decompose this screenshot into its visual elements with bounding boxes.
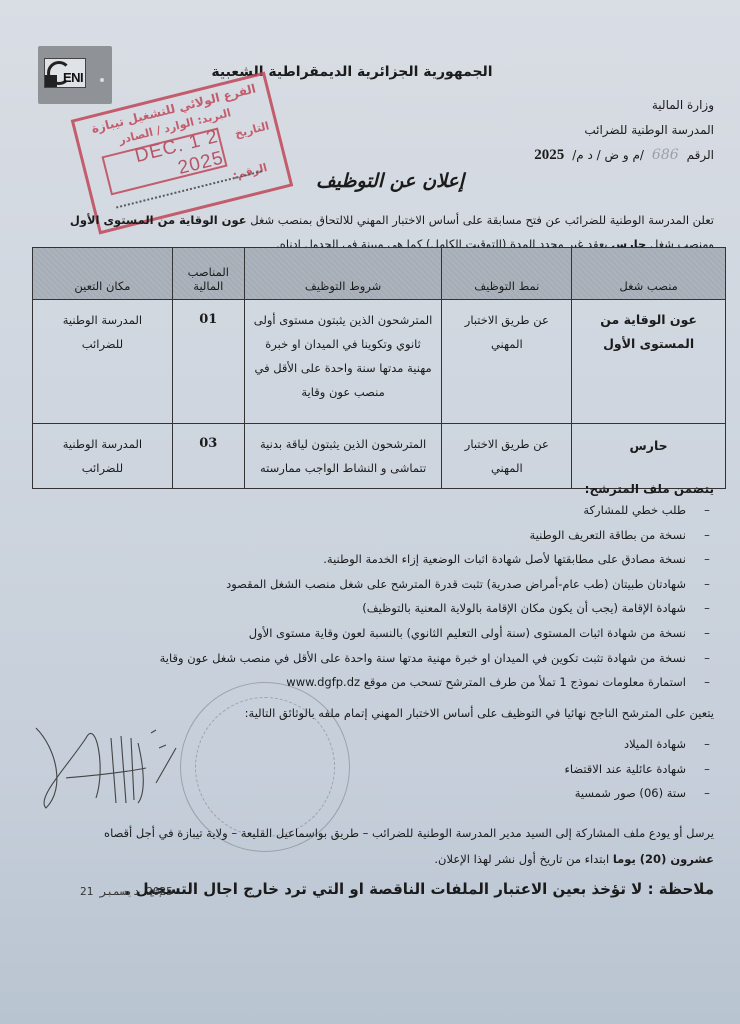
list-item: –نسخة من شهادة تثبت تكوين في الميدان او … bbox=[24, 651, 714, 676]
final-documents-list: –شهادة الميلاد –شهادة عائلية عند الاقتضا… bbox=[24, 737, 714, 811]
dash-bullet: – bbox=[700, 737, 714, 751]
document-item: نسخة من شهادة تثبت تكوين في الميدان او خ… bbox=[160, 651, 686, 665]
intro-post-1: عون الوقاية من المستوى الأول bbox=[70, 213, 247, 227]
dash-bullet: – bbox=[700, 626, 714, 640]
cell-post: عون الوقاية من المستوى الأول bbox=[572, 300, 726, 424]
dash-bullet: – bbox=[700, 651, 714, 665]
cell-mode: عن طريق الاختبار المهني bbox=[442, 300, 572, 424]
ref-code: /م و ض / د م/ bbox=[572, 148, 644, 162]
cell-positions: 03 bbox=[172, 424, 244, 489]
document-item: شهادتان طبيتان (طب عام-أمراض صدرية) تثبت… bbox=[226, 577, 686, 591]
document-item: شهادة الإقامة (يجب أن يكون مكان الإقامة … bbox=[362, 601, 686, 615]
cell-conditions: المترشحون الذين يثبتون لياقة بدنية تتماش… bbox=[244, 424, 442, 489]
final-document-item: شهادة عائلية عند الاقتضاء bbox=[564, 762, 686, 776]
table-row: عون الوقاية من المستوى الأول عن طريق الا… bbox=[33, 300, 726, 424]
final-document-item: ستة (06) صور شمسية bbox=[575, 786, 686, 800]
ref-label: الرقم bbox=[687, 148, 714, 162]
ref-year: 2025 bbox=[534, 147, 564, 164]
final-documents-intro: يتعين على المترشح الناجح نهائيا في التوظ… bbox=[245, 706, 714, 720]
cell-positions: 01 bbox=[172, 300, 244, 424]
cell-place: المدرسة الوطنية للضرائب bbox=[33, 424, 173, 489]
document-item: نسخة من بطاقة التعريف الوطنية bbox=[530, 528, 686, 542]
list-item: –شهادة الإقامة (يجب أن يكون مكان الإقامة… bbox=[24, 601, 714, 626]
cell-conditions: المترشحون الذين يثبتون مستوى أولى ثانوي … bbox=[244, 300, 442, 424]
handwritten-date: 2025 دیسمبر 21 bbox=[80, 885, 173, 898]
dash-bullet: – bbox=[700, 786, 714, 800]
list-item: –شهادة الميلاد bbox=[24, 737, 714, 762]
list-item: –ستة (06) صور شمسية bbox=[24, 786, 714, 811]
submission-paragraph: يرسل أو يودع ملف المشاركة إلى السيد مدير… bbox=[34, 820, 714, 872]
dash-bullet: – bbox=[700, 552, 714, 566]
cell-mode: عن طريق الاختبار المهني bbox=[442, 424, 572, 489]
list-item: –نسخة من بطاقة التعريف الوطنية bbox=[24, 528, 714, 553]
document-item: نسخة من شهادة اثبات المستوى (سنة أولى ال… bbox=[249, 626, 686, 640]
cell-post: حارس bbox=[572, 424, 726, 489]
note: ملاحظة : لا تؤخذ بعين الاعتبار الملفات ا… bbox=[125, 880, 714, 898]
document-item: طلب خطي للمشاركة bbox=[583, 503, 686, 517]
document-page: ENI الجمهورية الجزائرية الديمقراطية الشع… bbox=[0, 0, 740, 1024]
list-item: –شهادتان طبيتان (طب عام-أمراض صدرية) تثب… bbox=[24, 577, 714, 602]
table-header-row: منصب شغل نمط التوظيف شروط التوظيف المناص… bbox=[33, 248, 726, 300]
list-item: –استمارة معلومات نموذج 1 تملأ من طرف الم… bbox=[24, 675, 714, 700]
document-item: نسخة مصادق على مطابقتها لأصل شهادة اثبات… bbox=[323, 552, 686, 566]
dash-bullet: – bbox=[700, 675, 714, 689]
list-item: –شهادة عائلية عند الاقتضاء bbox=[24, 762, 714, 787]
final-document-item: شهادة الميلاد bbox=[624, 737, 686, 751]
ref-number: 686 bbox=[652, 147, 679, 163]
documents-list: –طلب خطي للمشاركة –نسخة من بطاقة التعريف… bbox=[24, 503, 714, 700]
ministry-name: وزارة المالية bbox=[652, 98, 714, 112]
submission-text-2: ابتداء من تاريخ أول نشر لهذا الإعلان. bbox=[434, 852, 612, 866]
list-item: –نسخة مصادق على مطابقتها لأصل شهادة اثبا… bbox=[24, 552, 714, 577]
documents-heading: يتضمن ملف المترشح: bbox=[585, 482, 714, 496]
header-conditions: شروط التوظيف bbox=[244, 248, 442, 300]
announcement-title: إعلان عن التوظيف bbox=[0, 170, 740, 192]
header-place: مكان التعين bbox=[33, 248, 173, 300]
list-item: –نسخة من شهادة اثبات المستوى (سنة أولى ا… bbox=[24, 626, 714, 651]
reference-line: الرقم 686 /م و ض / د م/ 2025 bbox=[534, 147, 714, 164]
jobs-table: منصب شغل نمط التوظيف شروط التوظيف المناص… bbox=[32, 247, 726, 489]
republic-heading: الجمهورية الجزائرية الديمقراطية الشعبية bbox=[72, 64, 632, 80]
dash-bullet: – bbox=[700, 577, 714, 591]
header-post: منصب شغل bbox=[572, 248, 726, 300]
submission-text-1: يرسل أو يودع ملف المشاركة إلى السيد مدير… bbox=[104, 826, 714, 840]
header-positions: المناصب المالية bbox=[172, 248, 244, 300]
intro-text-1: تعلن المدرسة الوطنية للضرائب عن فتح مساب… bbox=[247, 213, 714, 227]
stamp-date-label: التاريخ bbox=[234, 119, 271, 140]
school-name: المدرسة الوطنية للضرائب bbox=[584, 123, 714, 137]
dash-bullet: – bbox=[700, 528, 714, 542]
submission-deadline: عشرون (20) يوما bbox=[613, 852, 714, 866]
list-item: –طلب خطي للمشاركة bbox=[24, 503, 714, 528]
header-mode: نمط التوظيف bbox=[442, 248, 572, 300]
cell-place: المدرسة الوطنية للضرائب bbox=[33, 300, 173, 424]
dash-bullet: – bbox=[700, 601, 714, 615]
table-row: حارس عن طريق الاختبار المهني المترشحون ا… bbox=[33, 424, 726, 489]
dash-bullet: – bbox=[700, 762, 714, 776]
dash-bullet: – bbox=[700, 503, 714, 517]
document-item: استمارة معلومات نموذج 1 تملأ من طرف المت… bbox=[286, 675, 686, 689]
